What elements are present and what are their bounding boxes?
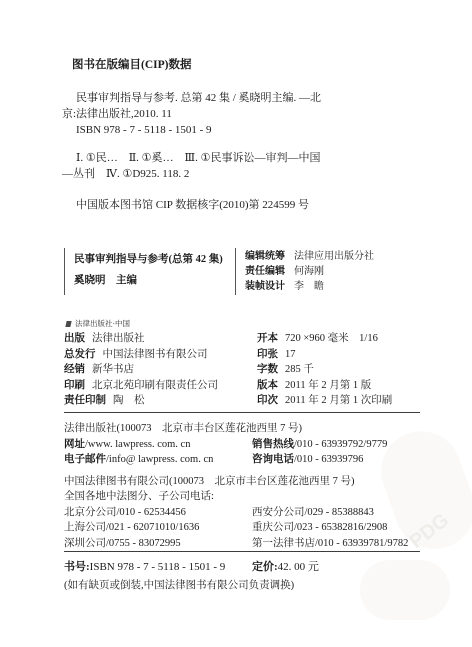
- cip-classification: Ⅰ. ①民… Ⅱ. ①奚… Ⅲ. ①民事诉讼—审判—中国 —丛刊 Ⅳ. ①D92…: [62, 150, 418, 182]
- branch-right: 第一法律书店/010 - 63939781/9782: [252, 536, 408, 552]
- imprint-label: 开本: [257, 333, 278, 344]
- cip-classification-line2: —丛刊 Ⅳ. ①D925. 118. 2: [62, 166, 418, 182]
- imprint-label: 印张: [257, 349, 278, 360]
- imprint-value: 法律出版社: [92, 333, 145, 344]
- price-label: 定价:: [252, 561, 278, 573]
- credit-value: 法律应用出版分社: [294, 251, 374, 262]
- publisher-logo-line: 法律出版社·中国: [66, 318, 130, 329]
- imprint-row: 经销新华书店 字数285 千: [64, 362, 420, 378]
- website-url: www. lawpress. com. cn: [88, 439, 191, 450]
- imprint-label: 印刷: [64, 380, 85, 391]
- imprint-value: 720 ×960 毫米 1/16: [285, 333, 378, 344]
- contact-row: 电子邮件/info@ lawpress. com. cn 咨询电话/010 - …: [64, 452, 424, 468]
- publisher-logo-text: 法律出版社·中国: [75, 318, 130, 329]
- replacement-note: (如有缺页或倒装,中国法律图书有限公司负责调换): [64, 577, 294, 592]
- imprint-value: 北京北苑印刷有限责任公司: [92, 380, 218, 391]
- credit-label: 编辑统筹: [245, 251, 285, 262]
- branch-left: 深圳公司/0755 - 83072995: [64, 536, 252, 552]
- book-number: ISBN 978 - 7 - 5118 - 1501 - 9: [90, 561, 226, 573]
- imprint-block: 出版法律出版社 开本720 ×960 毫米 1/16 总发行中国法律图书有限公司…: [64, 331, 420, 409]
- imprint-row: 印刷北京北苑印刷有限责任公司 版本2011 年 2 月第 1 版: [64, 378, 420, 394]
- credit-value: 何海刚: [294, 266, 324, 277]
- title-block: 民事审判指导与参考(总第 42 集) 奚晓明 主编 编辑统筹法律应用出版分社 责…: [64, 248, 420, 295]
- cip-record-line1: 民事审判指导与参考. 总第 42 集 / 奚晓明主编. —北: [62, 90, 418, 106]
- cip-record: 民事审判指导与参考. 总第 42 集 / 奚晓明主编. —北 京:法律出版社,2…: [62, 90, 418, 122]
- divider-rule: [64, 551, 420, 552]
- branch-row: 上海公司/021 - 62071010/1636 重庆公司/023 - 6538…: [64, 520, 424, 536]
- book-title: 民事审判指导与参考(总第 42 集): [74, 252, 226, 267]
- branch-left: 北京分公司/010 - 62534456: [64, 505, 252, 521]
- credit-row: 责任编辑何海刚: [245, 264, 374, 279]
- cip-classification-line1: Ⅰ. ①民… Ⅱ. ①奚… Ⅲ. ①民事诉讼—审判—中国: [62, 150, 418, 166]
- imprint-value: 陶 松: [113, 395, 145, 406]
- contact-row: 网址/www. lawpress. com. cn 销售热线/010 - 639…: [64, 437, 424, 453]
- credit-label: 责任编辑: [245, 266, 285, 277]
- imprint-row: 责任印制陶 松 印次2011 年 2 月第 1 次印刷: [64, 393, 420, 409]
- contact-label: 销售热线: [252, 439, 294, 450]
- branch-right: 西安分公司/029 - 85388843: [252, 505, 374, 521]
- publisher-logo-icon: [65, 321, 71, 327]
- imprint-label: 责任印制: [64, 395, 106, 406]
- imprint-value: 285 千: [285, 364, 314, 375]
- company-address: 中国法律图书有限公司(100073 北京市丰台区莲花池西里 7 号): [64, 474, 424, 490]
- branch-row: 北京分公司/010 - 62534456 西安分公司/029 - 8538884…: [64, 505, 424, 521]
- imprint-label: 出版: [64, 333, 85, 344]
- cip-header: 图书在版编目(CIP)数据: [72, 56, 191, 72]
- branch-right: 重庆公司/023 - 65382816/2908: [252, 520, 387, 536]
- sales-hotline: 010 - 63939792/9779: [297, 439, 387, 450]
- book-author: 奚晓明 主编: [74, 273, 226, 288]
- cip-isbn: ISBN 978 - 7 - 5118 - 1501 - 9: [76, 124, 212, 136]
- email-address: info@ lawpress. com. cn: [109, 454, 213, 465]
- contact-label: 电子邮件: [64, 454, 106, 465]
- imprint-value: 2011 年 2 月第 1 版: [285, 380, 371, 391]
- imprint-label: 总发行: [64, 349, 96, 360]
- cip-record-line2: 京:法律出版社,2010. 11: [62, 106, 418, 122]
- credit-row: 装帧设计李 瞻: [245, 279, 374, 294]
- imprint-value: 17: [285, 349, 296, 360]
- cip-record-number: 中国版本图书馆 CIP 数据核字(2010)第 224599 号: [76, 196, 309, 212]
- contact-label: 咨询电话: [252, 454, 294, 465]
- contact-block: 法律出版社(100073 北京市丰台区莲花池西里 7 号) 网址/www. la…: [64, 421, 424, 551]
- title-column: 民事审判指导与参考(总第 42 集) 奚晓明 主编: [64, 248, 226, 295]
- credit-row: 编辑统筹法律应用出版分社: [245, 249, 374, 264]
- branch-row: 深圳公司/0755 - 83072995 第一法律书店/010 - 639397…: [64, 536, 424, 552]
- inquiry-phone: 010 - 63939796: [297, 454, 364, 465]
- press-address: 法律出版社(100073 北京市丰台区莲花池西里 7 号): [64, 421, 424, 437]
- imprint-row: 出版法律出版社 开本720 ×960 毫米 1/16: [64, 331, 420, 347]
- imprint-value: 中国法律图书有限公司: [103, 349, 208, 360]
- book-number-label: 书号:: [64, 561, 90, 573]
- credit-label: 装帧设计: [245, 281, 285, 292]
- imprint-value: 新华书店: [92, 364, 134, 375]
- imprint-row: 总发行中国法律图书有限公司 印张17: [64, 347, 420, 363]
- divider-rule: [64, 412, 420, 413]
- contact-label: 网址: [64, 439, 85, 450]
- imprint-value: 2011 年 2 月第 1 次印刷: [285, 395, 392, 406]
- branches-heading: 全国各地中法图分、子公司电话:: [64, 489, 424, 505]
- imprint-label: 字数: [257, 364, 278, 375]
- footer-line: 书号:ISBN 978 - 7 - 5118 - 1501 - 9 定价:42.…: [64, 559, 424, 575]
- branch-left: 上海公司/021 - 62071010/1636: [64, 520, 252, 536]
- credits-column: 编辑统筹法律应用出版分社 责任编辑何海刚 装帧设计李 瞻: [235, 248, 374, 295]
- copyright-page: PDG 图书在版编目(CIP)数据 民事审判指导与参考. 总第 42 集 / 奚…: [0, 0, 472, 647]
- imprint-label: 经销: [64, 364, 85, 375]
- price-value: 42. 00 元: [278, 561, 319, 573]
- imprint-label: 印次: [257, 395, 278, 406]
- credit-value: 李 瞻: [294, 281, 324, 292]
- imprint-label: 版本: [257, 380, 278, 391]
